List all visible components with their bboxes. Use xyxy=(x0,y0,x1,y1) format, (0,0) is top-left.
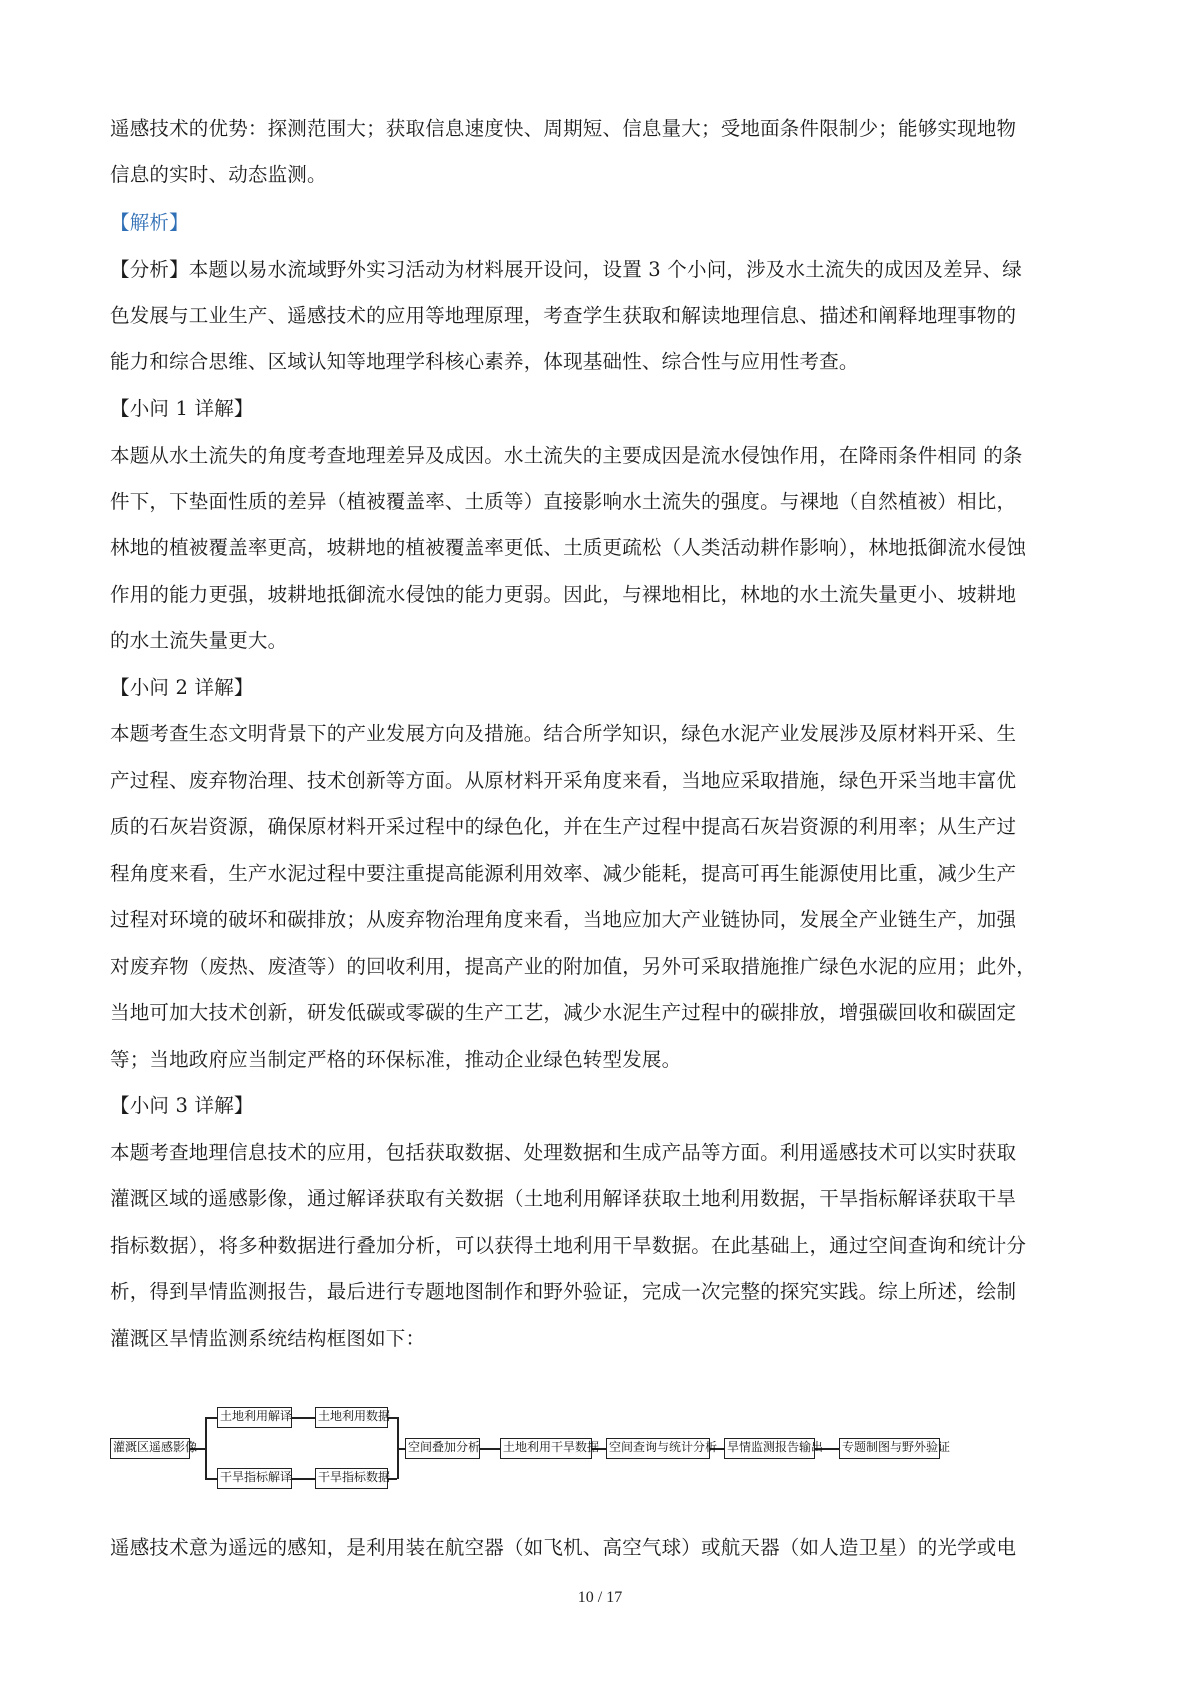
q1-line-4: 作用的能力更强，坡耕地抵御流水侵蚀的能力更弱。因此，与裸地相比，林地的水土流失量… xyxy=(110,583,1016,607)
flowchart-node-drought-data: 干旱指标数据 xyxy=(315,1468,388,1489)
flowchart-node-landuse-interpret: 土地利用解译 xyxy=(217,1407,292,1428)
q2-line-2: 产过程、废弃物治理、技术创新等方面。从原材料开采角度来看，当地应采取措施，绿色开… xyxy=(110,769,1016,793)
page-number: 10 / 17 xyxy=(0,1589,1200,1607)
flowchart-node-mapping-validation: 专题制图与野外验证 xyxy=(839,1438,940,1459)
flowchart-node-drought-interpret: 干旱指标解译 xyxy=(217,1468,292,1489)
advantages-line-1: 遥感技术的优势：探测范围大；获取信息速度快、周期短、信息量大；受地面条件限制少；… xyxy=(110,117,1016,141)
q1-line-2: 件下，下垫面性质的差异（植被覆盖率、土质等）直接影响水土流失的强度。与裸地（自然… xyxy=(110,490,1016,514)
connector xyxy=(205,1417,217,1419)
q2-line-7: 当地可加大技术创新，研发低碳或零碳的生产工艺，减少水泥生产过程中的碳排放，增强碳… xyxy=(110,1001,1016,1025)
q2-line-5: 过程对环境的破坏和碳排放；从废弃物治理角度来看，当地应加大产业链协同，发展全产业… xyxy=(110,908,1016,932)
flowchart-node-query-stats: 空间查询与统计分析 xyxy=(606,1438,710,1459)
connector xyxy=(397,1448,405,1450)
flowchart-node-source: 灌溉区遥感影像 xyxy=(110,1438,190,1459)
q1-line-3: 林地的植被覆盖率更高，坡耕地的植被覆盖率更低、土质更疏松（人类活动耕作影响），林… xyxy=(110,536,1026,560)
flowchart-node-landuse-drought-data: 土地利用干旱数据 xyxy=(500,1438,592,1459)
q3-line-2: 灌溉区域的遥感影像，通过解译获取有关数据（土地利用解译获取土地利用数据，干旱指标… xyxy=(110,1187,1016,1211)
connector xyxy=(205,1417,207,1479)
q3-line-1: 本题考查地理信息技术的应用，包括获取数据、处理数据和生成产品等方面。利用遥感技术… xyxy=(110,1141,1016,1165)
q1-line-5: 的水土流失量更大。 xyxy=(110,629,287,653)
q1-heading: 【小问 1 详解】 xyxy=(110,397,254,421)
connector xyxy=(292,1478,315,1480)
document-page: 遥感技术的优势：探测范围大；获取信息速度快、周期短、信息量大；受地面条件限制少；… xyxy=(0,0,1200,1697)
q2-line-1: 本题考查生态文明背景下的产业发展方向及措施。结合所学知识，绿色水泥产业发展涉及原… xyxy=(110,722,1016,746)
q2-heading: 【小问 2 详解】 xyxy=(110,676,254,700)
analysis-heading: 【解析】 xyxy=(110,211,189,235)
q2-line-6: 对废弃物（废热、废渣等）的回收利用，提高产业的附加值，另外可采取措施推广绿色水泥… xyxy=(110,955,1036,979)
connector xyxy=(480,1448,500,1450)
q3-line-5: 灌溉区旱情监测系统结构框图如下： xyxy=(110,1327,425,1351)
connector xyxy=(205,1478,217,1480)
analysis-line-1: 【分析】本题以易水流域野外实习活动为材料展开设问，设置 3 个小问，涉及水土流失… xyxy=(110,258,1022,282)
connector xyxy=(292,1417,315,1419)
q2-line-4: 程角度来看，生产水泥过程中要注重提高能源利用效率、减少能耗，提高可再生能源使用比… xyxy=(110,862,1016,886)
analysis-line-3: 能力和综合思维、区域认知等地理学科核心素养，体现基础性、综合性与应用性考查。 xyxy=(110,350,859,374)
analysis-line-2: 色发展与工业生产、遥感技术的应用等地理原理，考查学生获取和解读地理信息、描述和阐… xyxy=(110,304,1016,328)
q3-line-4: 析，得到旱情监测报告，最后进行专题地图制作和野外验证，完成一次完整的探究实践。综… xyxy=(110,1280,1016,1304)
q3-line-3: 指标数据），将多种数据进行叠加分析，可以获得土地利用干旱数据。在此基础上，通过空… xyxy=(110,1234,1026,1258)
flowchart-node-landuse-data: 土地利用数据 xyxy=(315,1407,388,1428)
q3-heading: 【小问 3 详解】 xyxy=(110,1094,254,1118)
flowchart-node-overlay: 空间叠加分析 xyxy=(405,1438,480,1459)
q2-line-3: 质的石灰岩资源，确保原材料开采过程中的绿色化，并在生产过程中提高石灰岩资源的利用… xyxy=(110,815,1016,839)
q1-line-1: 本题从水土流失的角度考查地理差异及成因。水土流失的主要成因是流水侵蚀作用，在降雨… xyxy=(110,444,1023,468)
flowchart-node-report-output: 旱情监测报告输出 xyxy=(724,1438,815,1459)
rs-definition-line-1: 遥感技术意为遥远的感知，是利用装在航空器（如飞机、高空气球）或航天器（如人造卫星… xyxy=(110,1536,1016,1560)
advantages-line-2: 信息的实时、动态监测。 xyxy=(110,163,327,187)
q2-line-8: 等；当地政府应当制定严格的环保标准，推动企业绿色转型发展。 xyxy=(110,1048,681,1072)
